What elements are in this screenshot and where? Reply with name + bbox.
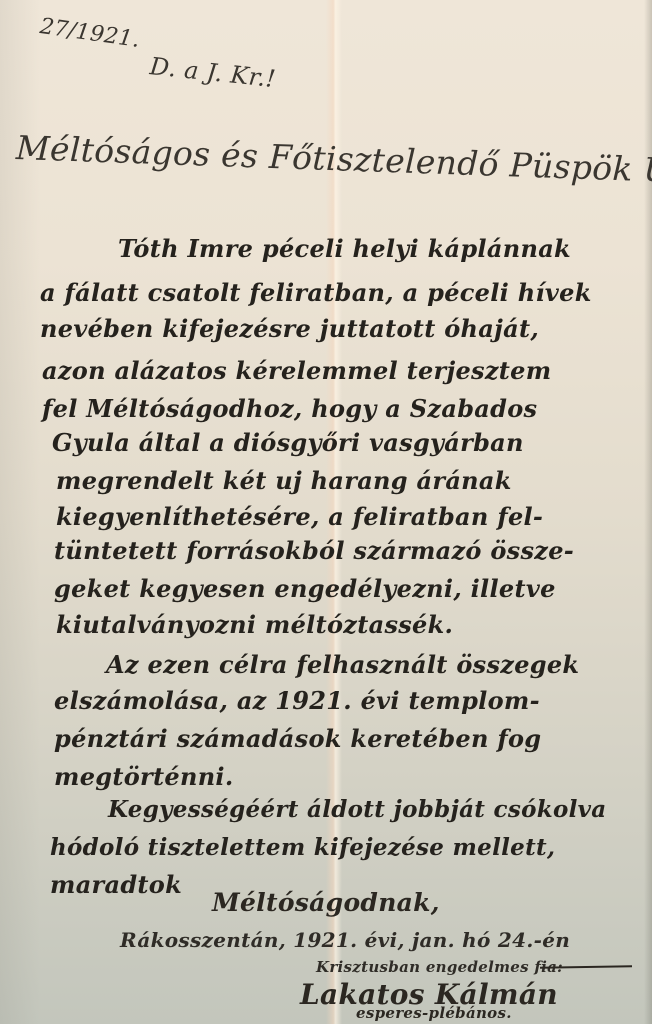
closing: Méltóságodnak, xyxy=(212,888,440,917)
body-line: nevében kifejezésre juttatott óhaját, xyxy=(40,314,539,343)
body-line: Gyula által a diósgyőri vasgyárban xyxy=(52,428,524,457)
reference-number: 27/1921. xyxy=(38,14,141,53)
place-date: Rákosszentán, 1921. évi, jan. hó 24.-én xyxy=(120,928,570,952)
body-line: hódoló tisztelettem kifejezése mellett, xyxy=(50,834,555,861)
body-line: tüntetett forrásokból származó össze- xyxy=(54,536,574,565)
body-line: megrendelt két uj harang árának xyxy=(56,466,512,495)
body-line: fel Méltóságodhoz, hogy a Szabados xyxy=(42,394,537,423)
letter-page: 27/1921. D. a J. Kr.! Méltóságos és Főti… xyxy=(0,0,652,1024)
body-line: elszámolása, az 1921. évi templom- xyxy=(54,686,540,715)
invocation: D. a J. Kr.! xyxy=(149,52,277,93)
body-line: maradtok xyxy=(50,870,182,899)
body-line: a fálatt csatolt feliratban, a péceli hí… xyxy=(40,278,592,307)
body-line: Az ezen célra felhasznált összegek xyxy=(106,650,579,679)
humble-servant-line: Krisztusban engedelmes fia: xyxy=(316,958,563,976)
body-line: kiutalványozni méltóztassék. xyxy=(56,610,453,639)
signature-flourish xyxy=(540,965,632,969)
body-line: megtörténni. xyxy=(54,762,234,791)
body-line: Kegyességéért áldott jobbját csókolva xyxy=(108,796,607,823)
body-line: Tóth Imre péceli helyi káplánnak xyxy=(118,234,571,263)
signature-title: esperes-plébános. xyxy=(356,1004,512,1022)
body-line: azon alázatos kérelemmel terjesztem xyxy=(42,356,551,385)
body-line: geket kegyesen engedélyezni, illetve xyxy=(54,574,556,603)
body-line: pénztári számadások keretében fog xyxy=(54,724,541,753)
body-line: kiegyenlíthetésére, a feliratban fel- xyxy=(56,502,543,531)
